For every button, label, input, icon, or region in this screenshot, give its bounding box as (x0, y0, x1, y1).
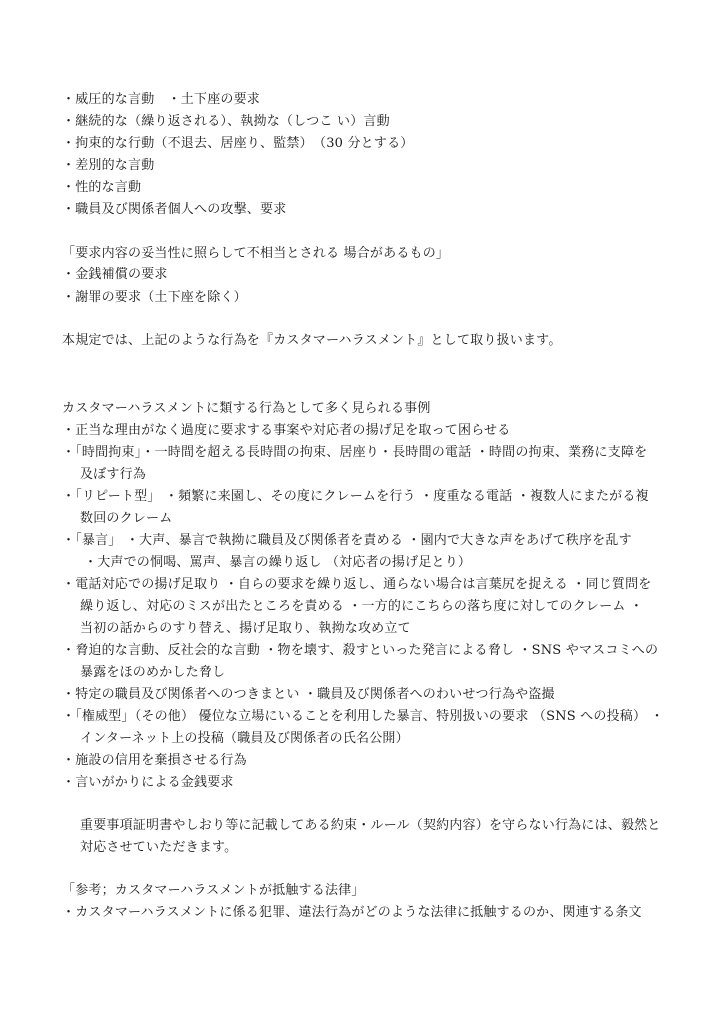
example-line: 繰り返し、対応のミスが出たところを責める ・一方的にこちらの落ち度に対してのクレ… (80, 597, 643, 617)
list-item: ・拘束的な行動（不退去、居座り、監禁） （30 分とする） (62, 134, 413, 154)
example-line: ・言いがかりによる金銭要求 (62, 773, 234, 793)
example-line: 及ぼす行為 (80, 465, 146, 485)
example-line: ・「リピート型」 ・頻繁に来園し、その度にクレームを行う ・度重なる電話 ・複数… (62, 487, 649, 507)
example-line: ・特定の職員及び関係者へのつきまとい ・職員及び関係者へのわいせつ行為や盗撮 (62, 685, 555, 705)
example-line: 暴露をほのめかした脅し (80, 663, 225, 683)
policy-paragraph: 対応させていただきます。 (80, 838, 237, 858)
section-heading: 「要求内容の妥当性に照らして不相当とされる 場合があるもの」 (62, 244, 449, 264)
example-line: ・電話対応での揚げ足取り ・自らの要求を繰り返し、通らない場合は言葉尻を捉える … (62, 575, 651, 595)
example-line: ・正当な理由がなく過度に要求する事案や対応者の揚げ足を取って困らせる (62, 421, 510, 441)
example-line: インターネット上の投稿（職員及び関係者の氏名公開） (80, 729, 409, 749)
example-line: ・「権威型」（その他） 優位な立場にいることを利用した暴言、特別扱いの要求 （S… (62, 707, 664, 727)
example-line: ・「暴言」 ・大声、暴言で執拗に職員及び関係者を責める ・園内で大きな声をあげて… (62, 531, 632, 551)
section-heading: カスタマーハラスメントに類する行為として多く見られる事例 (62, 399, 431, 419)
example-line: 当初の話からのすり替え、揚げ足取り、執拗な攻め立て (80, 619, 411, 639)
example-line: 数回のクレーム (80, 509, 172, 529)
example-line: ・「時間拘束」・一時間を超える長時間の拘束、居座り・長時間の電話 ・時間の拘束、… (62, 443, 647, 463)
example-line: ・施設の信用を棄損させる行為 (62, 751, 247, 771)
policy-statement: 本規定では、上記のような行為を『カスタマーハラスメント』として取り扱います。 (62, 331, 562, 351)
list-item: ・威圧的な言動 ・土下座の要求 (62, 90, 260, 110)
list-item: ・職員及び関係者個人への攻撃、要求 (62, 200, 286, 220)
list-item: ・カスタマーハラスメントに係る犯罪、違法行為がどのような法律に抵触するのか、関連… (62, 903, 642, 923)
section-heading: 「参考；カスタマーハラスメントが抵触する法律」 (62, 881, 365, 901)
example-line: ・脅迫的な言動、反社会的な言動 ・物を壊す、殺すといった発言による脅し ・SNS… (62, 641, 658, 661)
example-line: ・大声での恫喝、罵声、暴言の繰り返し （対応者の揚げ足とり） (84, 553, 471, 573)
list-item: ・差別的な言動 (62, 156, 154, 176)
list-item: ・継続的な（繰り返される）、執拗な（しつこ い）言動 (62, 112, 390, 132)
list-item: ・金銭補償の要求 (62, 265, 168, 285)
list-item: ・謝罪の要求（土下座を除く） (62, 288, 247, 308)
policy-paragraph: 重要事項証明書やしおり等に記載してある約束・ルール（契約内容）を守らない行為には… (80, 816, 661, 836)
list-item: ・性的な言動 (62, 178, 141, 198)
